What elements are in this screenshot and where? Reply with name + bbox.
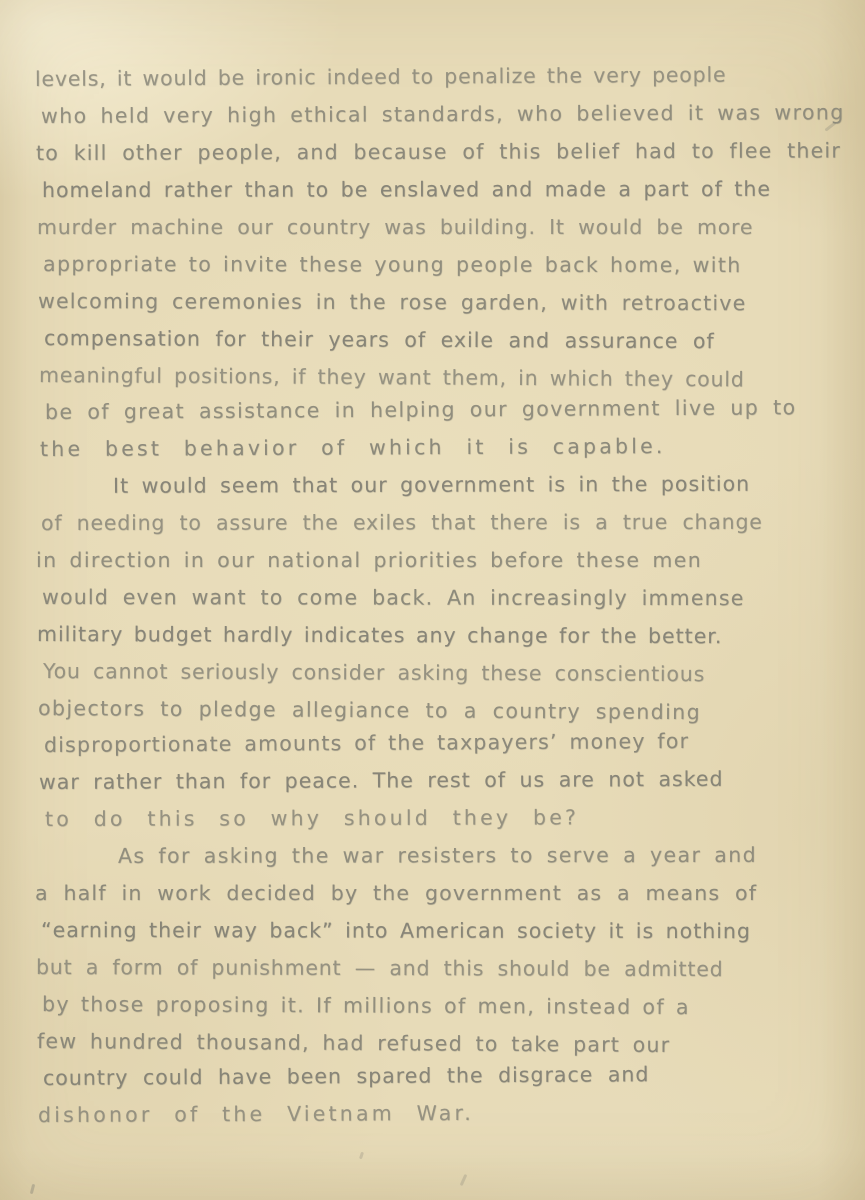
handwritten-line: You cannot seriously consider asking the… [43,653,834,694]
handwritten-line: murder machine our country was building.… [37,209,828,246]
handwritten-line: to kill other people, and because of thi… [36,133,827,172]
handwritten-line: be of great assistance in helping our go… [45,389,836,431]
handwritten-line: a half in work decided by the government… [35,875,826,912]
handwritten-line: but a form of punishment — and this shou… [36,949,827,988]
handwritten-line: who held very high ethical standards, wh… [41,94,832,135]
handwritten-line: war rather than for peace. The rest of u… [39,760,830,801]
handwritten-line: levels, it would be ironic indeed to pen… [35,56,826,98]
handwritten-line: As for asking the war resisters to serve… [40,837,831,875]
handwritten-line: to do this so why should they be? [45,799,836,838]
handwritten-line: by those proposing it. If millions of me… [42,986,833,1027]
handwritten-line: would even want to come back. An increas… [42,579,833,617]
handwritten-line: “earning their way back” into American s… [41,912,832,950]
pencil-apostrophe [30,1184,35,1194]
letter-body: levels, it would be ironic indeed to pen… [40,61,831,1134]
handwritten-line: in direction in our national priorities … [36,542,827,579]
handwritten-letter-page: levels, it would be ironic indeed to pen… [0,0,865,1200]
handwritten-line: dishonor of the Vietnam War. [38,1093,829,1134]
handwritten-line: appropriate to invite these young people… [43,246,834,284]
handwritten-line: military budget hardly indicates any cha… [37,616,828,655]
handwritten-line: country could have been spared the disgr… [43,1055,834,1097]
handwritten-line: It would seem that our government is in … [35,466,826,505]
handwritten-line: the best behavior of which it is capable… [40,427,831,468]
handwritten-line: disproportionate amounts of the taxpayer… [44,722,835,764]
pencil-dot [359,1152,364,1160]
pencil-tick [460,1174,468,1186]
handwritten-line: compensation for their years of exile an… [44,320,835,361]
handwritten-line: homeland rather than to be enslaved and … [42,171,833,209]
handwritten-line: of needing to assure the exiles that the… [41,504,832,542]
handwritten-line: welcoming ceremonies in the rose garden,… [38,283,829,322]
